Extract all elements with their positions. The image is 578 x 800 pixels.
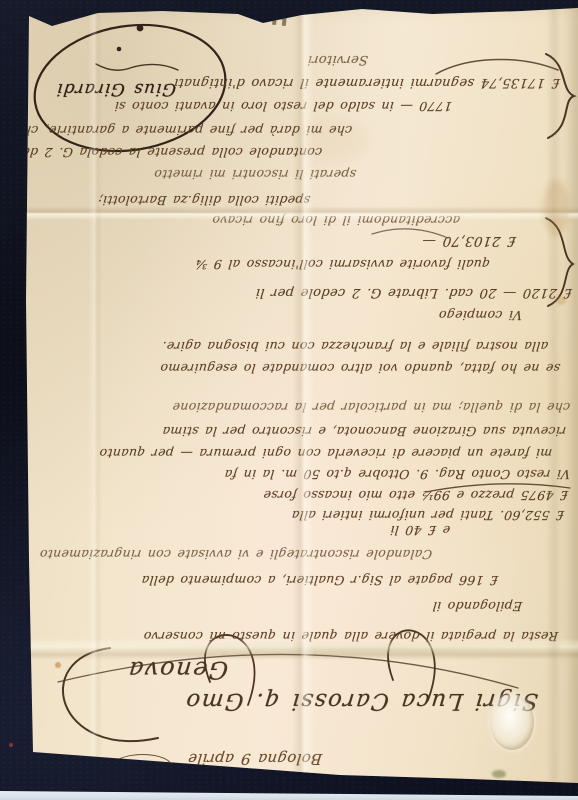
- handwriting-line: che mi darà per fine parimente a garanti…: [14, 123, 353, 138]
- handwriting-line: £ 552,60. Tanti per uniformi intieri all…: [291, 508, 565, 523]
- signature-text: Gius Girardi: [55, 79, 177, 99]
- handwriting-line: £ 166 pagate al Sig.r Gualtieri, a compi…: [141, 573, 499, 588]
- handwriting-line: Vi compiego: [438, 308, 523, 323]
- handwriting-line: £ 17135,74 segnarmi intieramente il rica…: [173, 75, 561, 90]
- handwriting-line: Resta la pregiata il dovere alla quale i…: [143, 629, 559, 644]
- dateline: Bologna 9 aprile: [187, 750, 323, 768]
- circled-year: 1846: [109, 754, 173, 780]
- handwriting-line: quali favorite avvisarmi coll'incasso al…: [194, 257, 491, 272]
- handwriting-line: Epilogando il: [432, 599, 523, 614]
- handwriting-line: £ 2103,70 —: [421, 233, 516, 249]
- address-line: Sigri Luca Carossi q. Gmo: [183, 688, 539, 714]
- handwriting-line: Calandole riscontrategli e vi avvisate c…: [39, 547, 433, 562]
- archival-h-mark: H: [270, 4, 290, 30]
- album-page-edge: [0, 789, 578, 800]
- handwriting-line: accreditandomi il di loro fino ricavo: [211, 213, 461, 228]
- handwriting-line: mi farete un piacere di riceverla con og…: [98, 446, 552, 461]
- handwriting-line: £ 4975 prezzo e 99½ etto mio incasso for…: [262, 488, 568, 503]
- handwriting-line: che la di quella; ma in particolar per l…: [171, 400, 570, 415]
- handwriting-line: alla nostra filiale e la franchezza con …: [161, 339, 548, 354]
- handwriting-lines: Bologna 9 aprile1846Sigri Luca Carossi q…: [0, 0, 578, 800]
- handwriting-line: 1770 — in saldo del resto loro in avanti…: [114, 99, 453, 114]
- photo-of-letter: Bologna 9 aprile1846Sigri Luca Carossi q…: [0, 0, 578, 800]
- handwriting-line: spediti colla dilig.za Bartolotti;: [97, 193, 310, 208]
- handwriting-layer: Bologna 9 aprile1846Sigri Luca Carossi q…: [0, 0, 578, 800]
- letter-paper: Bologna 9 aprile1846Sigri Luca Carossi q…: [0, 0, 578, 800]
- handwriting-line: Servitori: [307, 52, 369, 67]
- address-line: Genova: [126, 656, 230, 684]
- background-speck: [9, 743, 13, 747]
- handwriting-line: £ 2120 — 20 cad. Librate G. 2 cedole per…: [255, 285, 573, 300]
- handwriting-line: se ne ho fatta, quando voi altro comanda…: [159, 361, 560, 376]
- handwriting-line: e £ 40 li: [389, 523, 450, 538]
- handwriting-line: Vi resto Conto Rag. 9. Ottobre q.to 50 m…: [224, 467, 571, 482]
- handwriting-line: ricevuta sua Girazione Banconota, e risc…: [161, 424, 566, 439]
- handwriting-line: sperati li riscontri mi rimetto: [153, 167, 357, 182]
- wax-seal-impression: [490, 694, 534, 750]
- handwriting-line: contandole colla presente la cedola G. 2…: [21, 145, 323, 160]
